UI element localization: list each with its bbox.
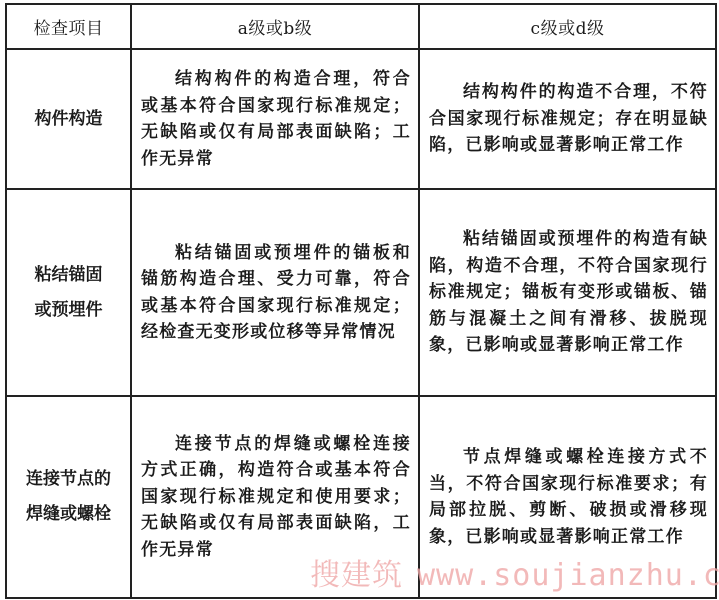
description-text: 连接节点的焊缝或螺栓连接方式正确，构造符合或基本符合国家现行标准规定和使用要求；… (141, 431, 411, 564)
row-item-label: 构件构造 (6, 49, 131, 189)
description-text: 结构构件的构造合理，符合或基本符合国家现行标准规定；无缺陷或仅有局部表面缺陷；工… (141, 66, 411, 172)
header-row: 检查项目 a级或b级 c级或d级 (6, 4, 716, 49)
description-text: 结构构件的构造不合理，不符合国家现行标准规定；存在明显缺陷，已影响或显著影响正常… (429, 79, 708, 159)
row-item-label: 粘结锚固或预埋件 (6, 189, 131, 396)
description-text: 粘结锚固或预埋件的构造有缺陷，构造不合理，不符合国家现行标准规定；锚板有变形或锚… (429, 226, 708, 359)
grade-cd-description: 结构构件的构造不合理，不符合国家现行标准规定；存在明显缺陷，已影响或显著影响正常… (419, 49, 716, 189)
grade-ab-description: 粘结锚固或预埋件的锚板和锚筋构造合理、受力可靠，符合或基本符合国家现行标准规定；… (131, 189, 419, 396)
item-text: 连接节点的焊缝或螺栓 (23, 462, 115, 532)
description-text: 节点焊缝或螺栓连接方式不当，不符合国家现行标准要求；有局部拉脱、剪断、破损或滑移… (429, 444, 708, 550)
header-grade-a-or-b: a级或b级 (131, 4, 419, 49)
item-text: 构件构造 (7, 102, 130, 137)
row-item-label: 连接节点的焊缝或螺栓 (6, 396, 131, 598)
item-text: 粘结锚固或预埋件 (32, 258, 105, 328)
watermark-url: www.soujianzhu.cn (417, 558, 719, 593)
description-text: 粘结锚固或预埋件的锚板和锚筋构造合理、受力可靠，符合或基本符合国家现行标准规定；… (141, 240, 411, 346)
grade-ab-description: 结构构件的构造合理，符合或基本符合国家现行标准规定；无缺陷或仅有局部表面缺陷；工… (131, 49, 419, 189)
watermark: 搜建筑www.soujianzhu.cn (310, 550, 719, 594)
grade-cd-description: 粘结锚固或预埋件的构造有缺陷，构造不合理，不符合国家现行标准规定；锚板有变形或锚… (419, 189, 716, 396)
header-grade-c-or-d: c级或d级 (419, 4, 716, 49)
inspection-table: 检查项目 a级或b级 c级或d级 构件构造 结构构件的构造合理，符合或基本符合国… (5, 3, 717, 599)
header-inspection-item: 检查项目 (6, 4, 131, 49)
watermark-cn: 搜建筑 (310, 558, 403, 593)
table-row: 构件构造 结构构件的构造合理，符合或基本符合国家现行标准规定；无缺陷或仅有局部表… (6, 49, 716, 189)
table-row: 粘结锚固或预埋件 粘结锚固或预埋件的锚板和锚筋构造合理、受力可靠，符合或基本符合… (6, 189, 716, 396)
